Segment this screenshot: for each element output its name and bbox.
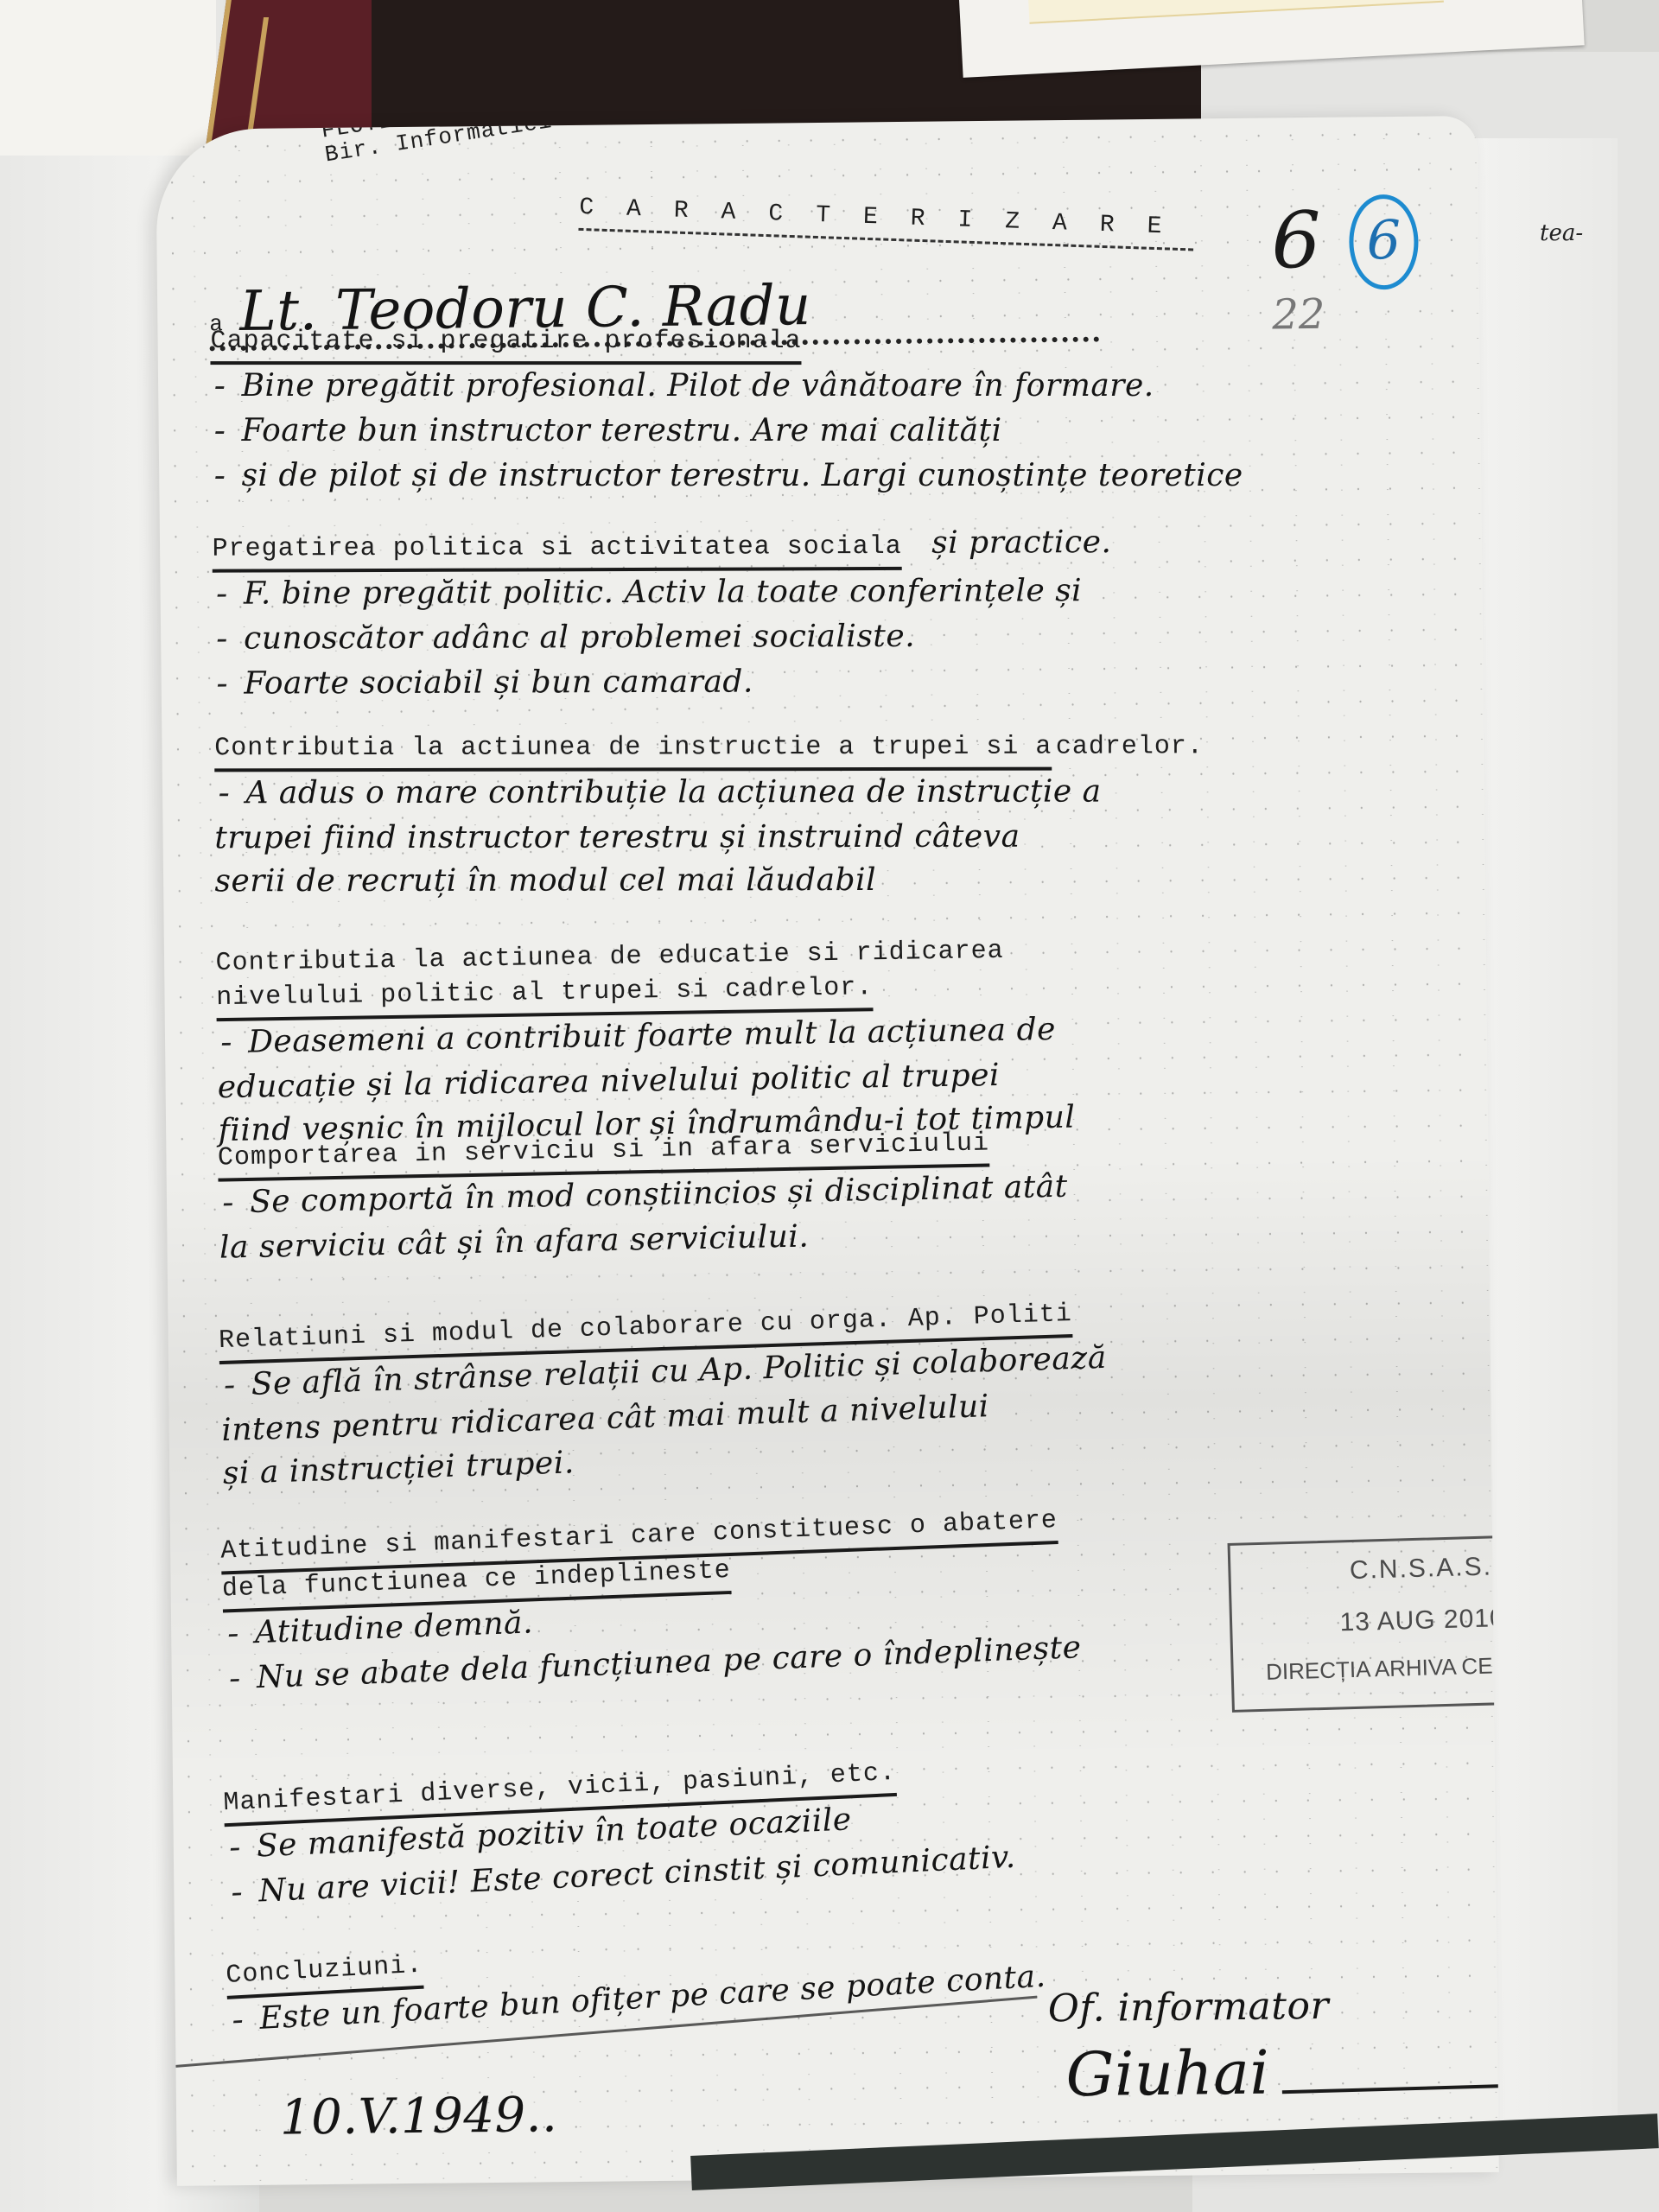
section-misc: Manifestari diverse, vicii, pasiuni, etc… <box>223 1753 1017 1916</box>
signature-block: Of. informator Giuhai <box>1048 1984 1331 2110</box>
section-conduct: Comportarea in serviciu si in afara serv… <box>218 1128 1069 1270</box>
handwritten-line: -Bine pregătit profesional. Pilot de vân… <box>210 365 1243 410</box>
handwritten-line: -A adus o mare contribuție la acțiunea d… <box>214 770 1204 817</box>
handwritten-line: trupei fiind instructor terestru și inst… <box>214 815 1204 860</box>
handwritten-date: 10.V.1949.. <box>280 2087 558 2145</box>
stamp-agency: C.N.S.A.S. <box>1230 1549 1499 1589</box>
stamp-directorate: DIRECȚIA ARHIVA CENTRALĂ <box>1233 1649 1499 1687</box>
side-note: tea- <box>1540 220 1583 246</box>
section-political: Pregatirea politica si activitatea socia… <box>213 524 1113 708</box>
background-paper <box>0 0 216 156</box>
document-title: CARACTERIZARE <box>578 194 1194 251</box>
page-number-black: 6 <box>1271 195 1321 287</box>
section-conclusions: Concluziuni. -Este un foarte bun ofițer … <box>226 1917 1047 2044</box>
signature-title: Of. informator <box>1048 1984 1330 2031</box>
handwritten-line: -Foarte sociabil și bun camarad. <box>213 659 1112 708</box>
handwritten-line: serii de recruți în modul cel mai lăudab… <box>214 858 1204 903</box>
document-sheet: FLOTILA I VANATOARE Bir. Informatiei CAR… <box>156 116 1499 2186</box>
section-heading-cont: cadrelor. <box>1056 732 1204 766</box>
handwritten-line: și practice. <box>931 524 1111 561</box>
handwritten-line: -Foarte bun instructor terestru. Are mai… <box>210 410 1243 454</box>
handwritten-line: -și de pilot și de instructor terestru. … <box>210 454 1243 499</box>
section-heading: Pregatirea politica si activitatea socia… <box>213 532 902 573</box>
archive-stamp: C.N.S.A.S. 13 AUG 2010 DIRECȚIA ARHIVA C… <box>1228 1533 1499 1713</box>
handwritten-line: -F. bine pregătit politic. Activ la toat… <box>213 569 1112 618</box>
page-number-pencil: 22 <box>1272 290 1325 340</box>
section-instruction: Contributia la actiunea de instructie a … <box>214 732 1204 903</box>
handwritten-line: -cunoscător adânc al problemei socialist… <box>213 614 1112 663</box>
page-number-blue-circled: 6 <box>1349 194 1419 290</box>
section-education: Contributia la actiunea de educatie si r… <box>215 929 1489 1153</box>
section-heading: Capacitate si pregatire profesionala <box>210 327 801 365</box>
stamp-date: 13 AUG 2010 <box>1232 1601 1499 1641</box>
section-collaboration: Relatiuni si modul de colaborare cu orga… <box>219 1299 1110 1496</box>
signature: Giuhai <box>1065 2037 1330 2110</box>
section-professional: Capacitate si pregatire profesionala -Bi… <box>210 327 1243 499</box>
section-heading: Contributia la actiunea de instructie a … <box>214 733 1052 772</box>
